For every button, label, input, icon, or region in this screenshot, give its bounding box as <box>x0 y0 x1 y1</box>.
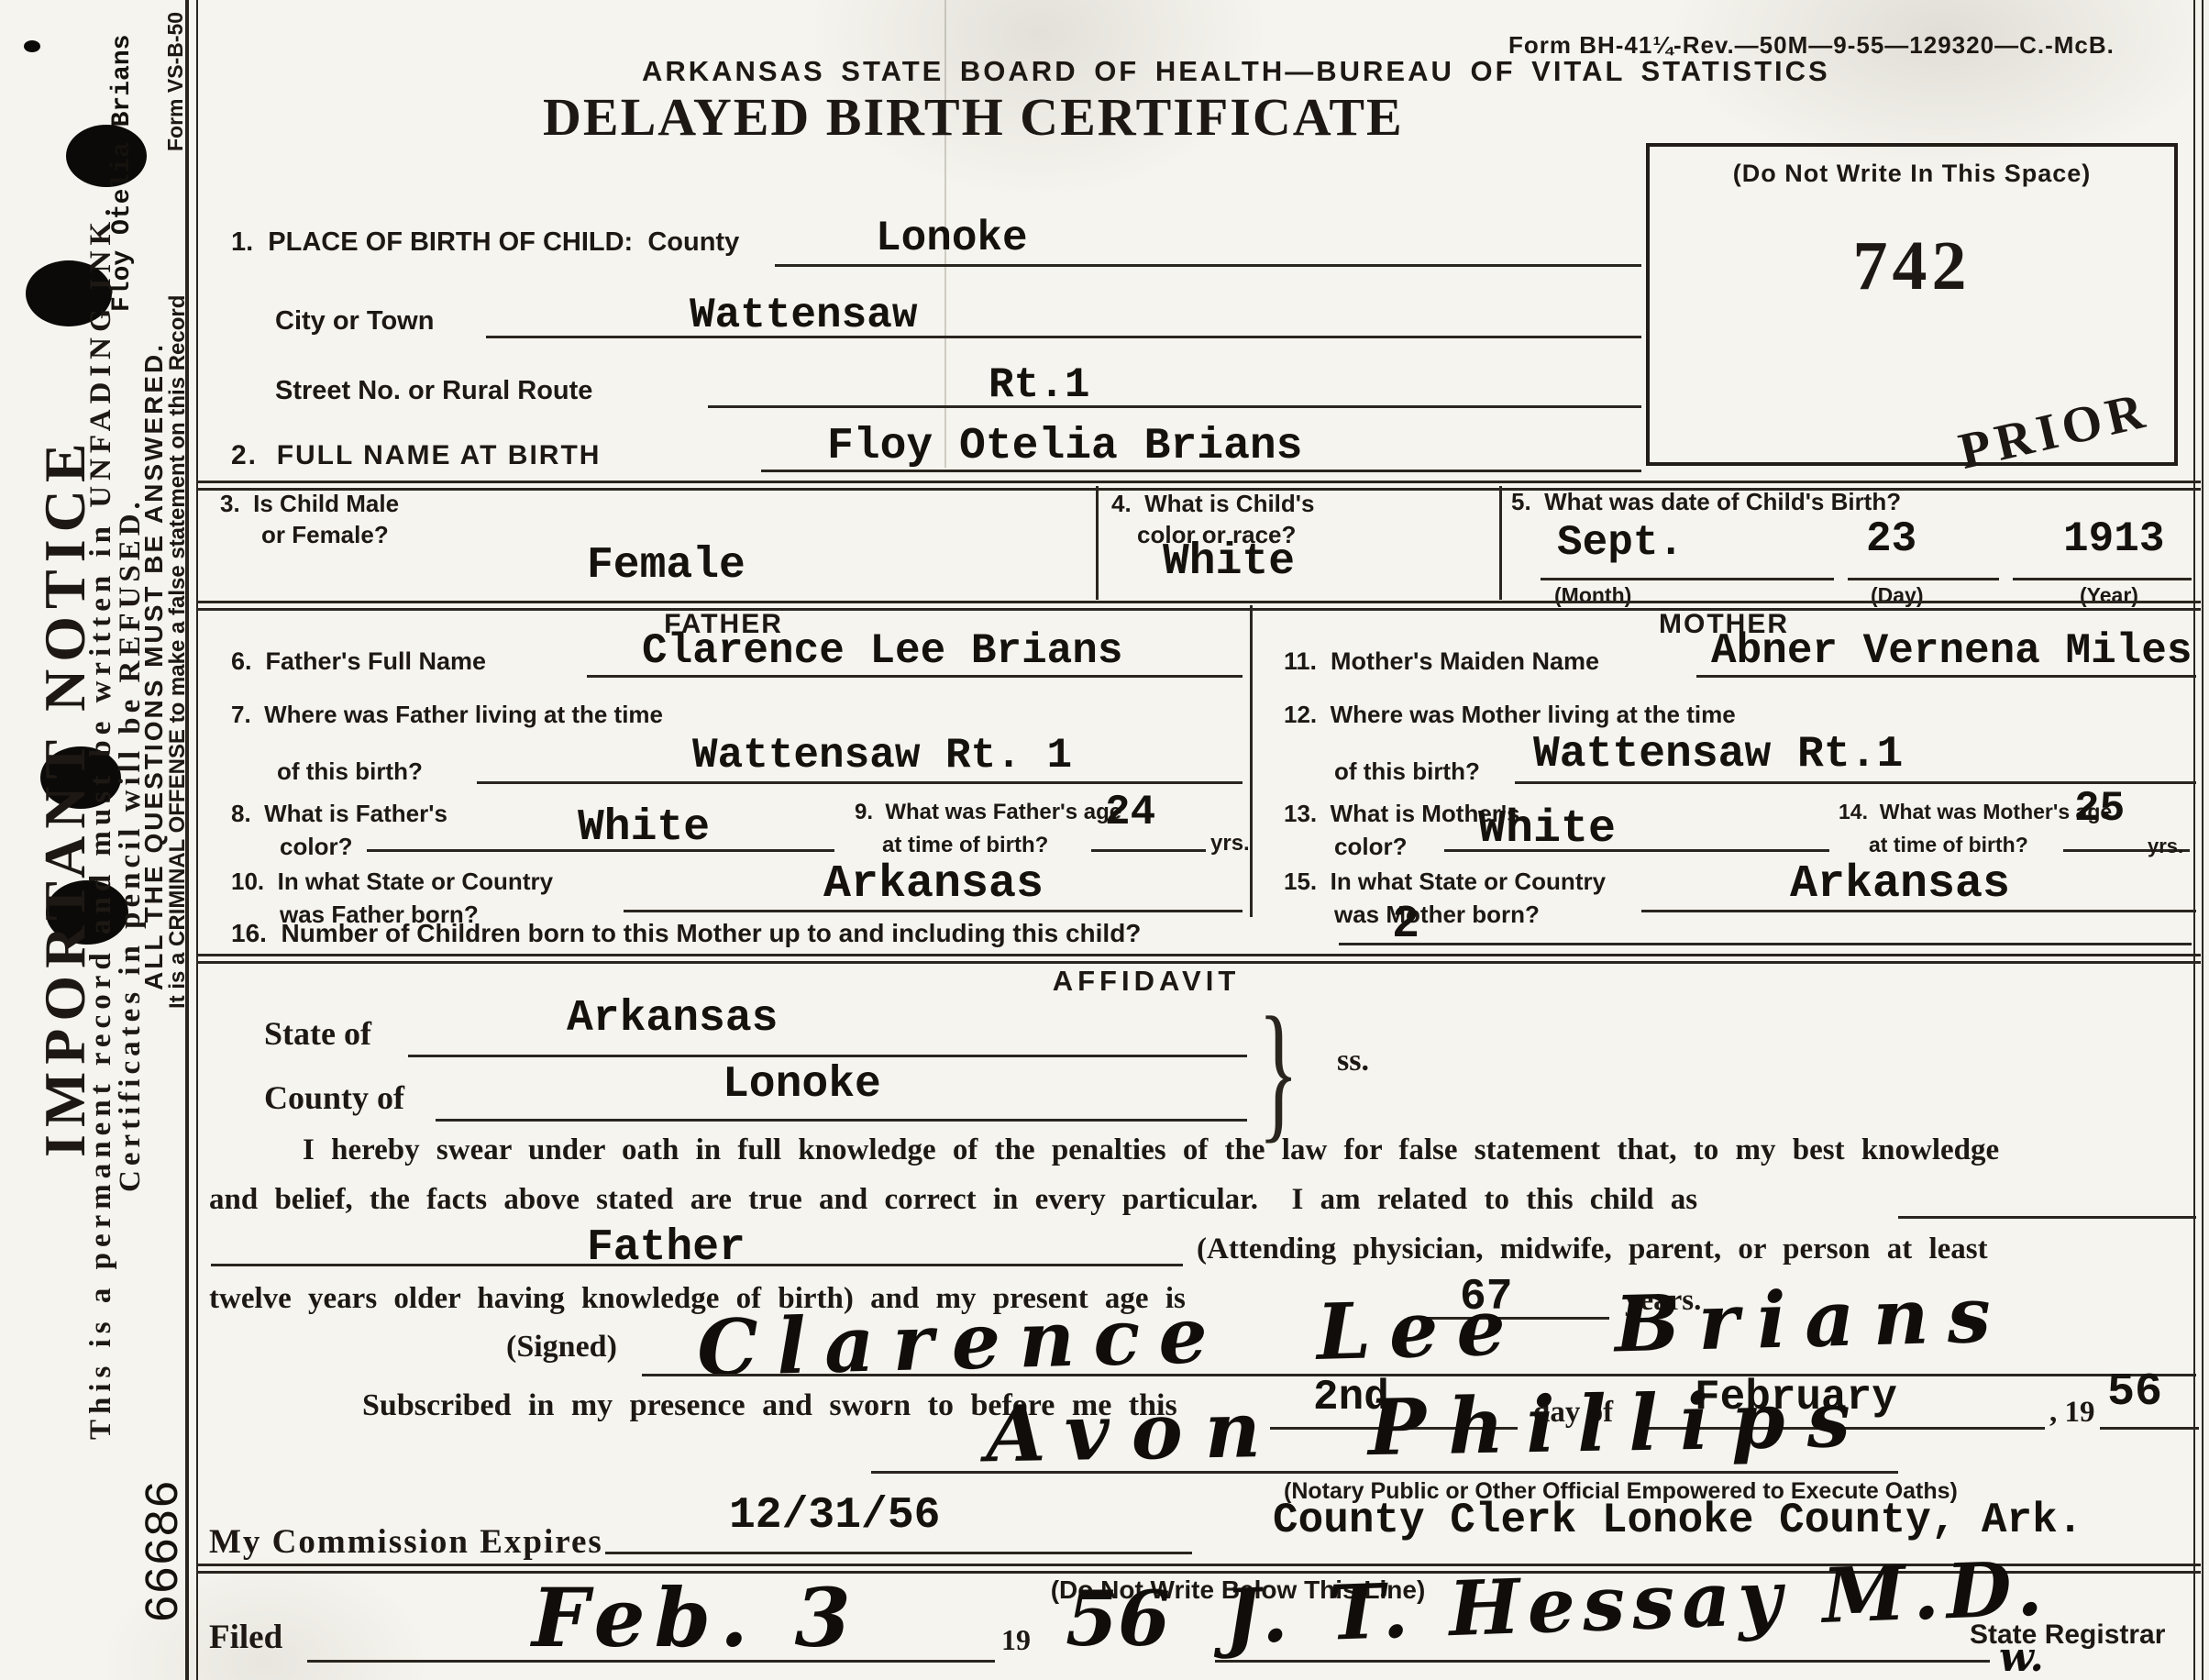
document-title: DELAYED BIRTH CERTIFICATE <box>543 86 1404 148</box>
q6-value: Clarence Lee Brians <box>642 627 1123 675</box>
year-prefix: , 19 <box>2049 1396 2095 1430</box>
right-edge-rule-thin <box>2202 0 2203 1680</box>
q15-label2: was Mother born? <box>1334 901 1540 929</box>
q1-label: 1. PLACE OF BIRTH OF CHILD: County <box>231 227 739 258</box>
underline <box>775 264 1641 267</box>
underline <box>477 781 1243 784</box>
underline <box>211 1264 1183 1266</box>
affidavit-text-line1: I hereby swear under oath in full knowle… <box>303 1133 1999 1167</box>
q11-label: 11. Mother's Maiden Name <box>1284 647 1599 676</box>
commission-label: My Commission Expires <box>209 1522 603 1562</box>
underline <box>1696 675 2196 678</box>
county-of-label: County of <box>264 1078 404 1117</box>
q8-label2: color? <box>280 833 352 861</box>
filed-date-handwritten: Feb. 3 <box>532 1570 860 1665</box>
q5-label: 5. What was date of Child's Birth? <box>1511 488 1901 516</box>
q5-day-value: 23 <box>1866 515 1916 563</box>
q7-label2: of this birth? <box>277 757 423 786</box>
q9-value: 24 <box>1105 789 1155 836</box>
signed-label: (Signed) <box>506 1330 617 1365</box>
q1-street-label: Street No. or Rural Route <box>275 376 592 406</box>
underline <box>605 1552 1192 1554</box>
section-rule <box>197 954 2201 964</box>
q9-unit: yrs. <box>1210 831 1250 857</box>
filed-year-prefix: 19 <box>1001 1623 1031 1657</box>
underline <box>624 910 1243 912</box>
filed-year-handwritten: 56 <box>1066 1575 1170 1663</box>
q4-value: White <box>1163 537 1295 587</box>
underline <box>1641 910 2196 912</box>
registration-number-box: (Do Not Write In This Space) 742 PRIOR <box>1646 143 2178 466</box>
q9-label: 9. What was Father's age <box>855 800 1121 825</box>
q8-value: White <box>578 803 710 853</box>
underline <box>2100 1427 2199 1430</box>
underline <box>436 1119 1247 1122</box>
underline <box>587 675 1243 678</box>
q1-street-value: Rt.1 <box>989 361 1089 409</box>
underline <box>1091 849 1206 852</box>
q13-label2: color? <box>1334 833 1407 861</box>
underline <box>1515 781 2196 784</box>
county-of-value: Lonoke <box>723 1060 881 1110</box>
signature-line <box>642 1374 2196 1376</box>
box-label: (Do Not Write In This Space) <box>1650 160 2174 188</box>
q1-county-value: Lonoke <box>876 215 1028 262</box>
q5-month-value: Sept. <box>1557 519 1684 567</box>
signature-line <box>871 1471 1898 1474</box>
q2-value: Floy Otelia Brians <box>827 422 1302 471</box>
q12-label: 12. Where was Mother living at the time <box>1284 701 1736 729</box>
q12-value: Wattensaw Rt.1 <box>1533 730 1903 779</box>
registrar-mark: w. <box>1999 1634 2044 1680</box>
prior-stamp: PRIOR <box>1953 381 2154 481</box>
father-mother-divider <box>1250 605 1253 917</box>
underline <box>486 336 1641 338</box>
underline <box>761 470 1641 472</box>
q2-label: 2. FULL NAME AT BIRTH <box>231 440 601 471</box>
underline <box>1444 849 1829 852</box>
q10-label: 10. In what State or Country <box>231 868 553 896</box>
state-of-label: State of <box>264 1014 371 1053</box>
signature-line <box>1215 1660 1990 1663</box>
agency-name: ARKANSAS STATE BOARD OF HEALTH—BUREAU OF… <box>642 55 1830 88</box>
q3-value: Female <box>587 541 746 591</box>
q7-label: 7. Where was Father living at the time <box>231 701 663 729</box>
q9-label2: at time of birth? <box>882 833 1048 858</box>
registration-number: 742 <box>1650 227 2174 306</box>
punch-hole <box>24 40 40 52</box>
commission-value: 12/31/56 <box>729 1491 940 1541</box>
q11-value: Abner Vernena Miles <box>1711 627 2192 675</box>
margin-serial-number: 66686 <box>138 1480 192 1623</box>
q14-label: 14. What was Mother's age <box>1839 800 2112 824</box>
attending-caption: (Attending physician, midwife, parent, o… <box>1197 1232 1988 1266</box>
q1-city-value: Wattensaw <box>690 292 917 339</box>
affidavit-text-line2: and belief, the facts above stated are t… <box>209 1183 1697 1217</box>
underline <box>708 405 1641 408</box>
affidavit-heading: AFFIDAVIT <box>734 965 1559 998</box>
ss-label: ss. <box>1337 1044 1369 1078</box>
state-of-value: Arkansas <box>567 994 778 1044</box>
q14-unit: yrs. <box>2148 834 2183 858</box>
margin-form-number: Form VS-B-50 <box>163 12 188 151</box>
underline <box>1898 1216 2196 1219</box>
registrar-signature: J. T. Hessay M.D. <box>1223 1544 2051 1661</box>
birth-certificate-scan: IMPORTANT NOTICE This is a permanent rec… <box>0 0 2209 1680</box>
q16-label: 16. Number of Children born to this Moth… <box>231 919 1141 948</box>
underline <box>367 849 834 852</box>
q10-value: Arkansas <box>823 858 1044 911</box>
margin-written-child-name: Floy Otelia Brians <box>108 35 137 312</box>
sworn-year-value: 56 <box>2107 1366 2162 1419</box>
q6-label: 6. Father's Full Name <box>231 647 486 676</box>
q13-value: White <box>1478 803 1616 856</box>
left-margin-rule <box>185 0 189 1680</box>
underline <box>2013 578 2192 580</box>
column-divider <box>1096 486 1099 600</box>
q8-label: 8. What is Father's <box>231 800 447 828</box>
notary-signature: Avon Phillips <box>985 1374 1872 1480</box>
underline <box>1339 943 2192 945</box>
q1-city-label: City or Town <box>275 306 434 337</box>
column-divider <box>1499 486 1502 600</box>
q5-year-value: 1913 <box>2063 515 2164 563</box>
q14-label2: at time of birth? <box>1869 833 2028 857</box>
underline <box>408 1055 1247 1057</box>
notary-title: County Clerk Lonoke County, Ark. <box>1273 1497 2082 1544</box>
filed-label: Filed <box>209 1618 282 1657</box>
q3-label: 3. Is Child Male <box>220 490 399 518</box>
q3-label2: or Female? <box>261 521 389 549</box>
q12-label2: of this birth? <box>1334 757 1480 786</box>
q14-value: 25 <box>2074 785 2125 833</box>
left-margin-rule-thin <box>196 0 198 1680</box>
q15-label: 15. In what State or Country <box>1284 868 1606 896</box>
underline <box>1848 578 1999 580</box>
underline <box>1541 578 1834 580</box>
q4-label: 4. What is Child's <box>1111 490 1314 518</box>
q7-value: Wattensaw Rt. 1 <box>692 732 1072 779</box>
q15-value: Arkansas <box>1790 858 2010 911</box>
